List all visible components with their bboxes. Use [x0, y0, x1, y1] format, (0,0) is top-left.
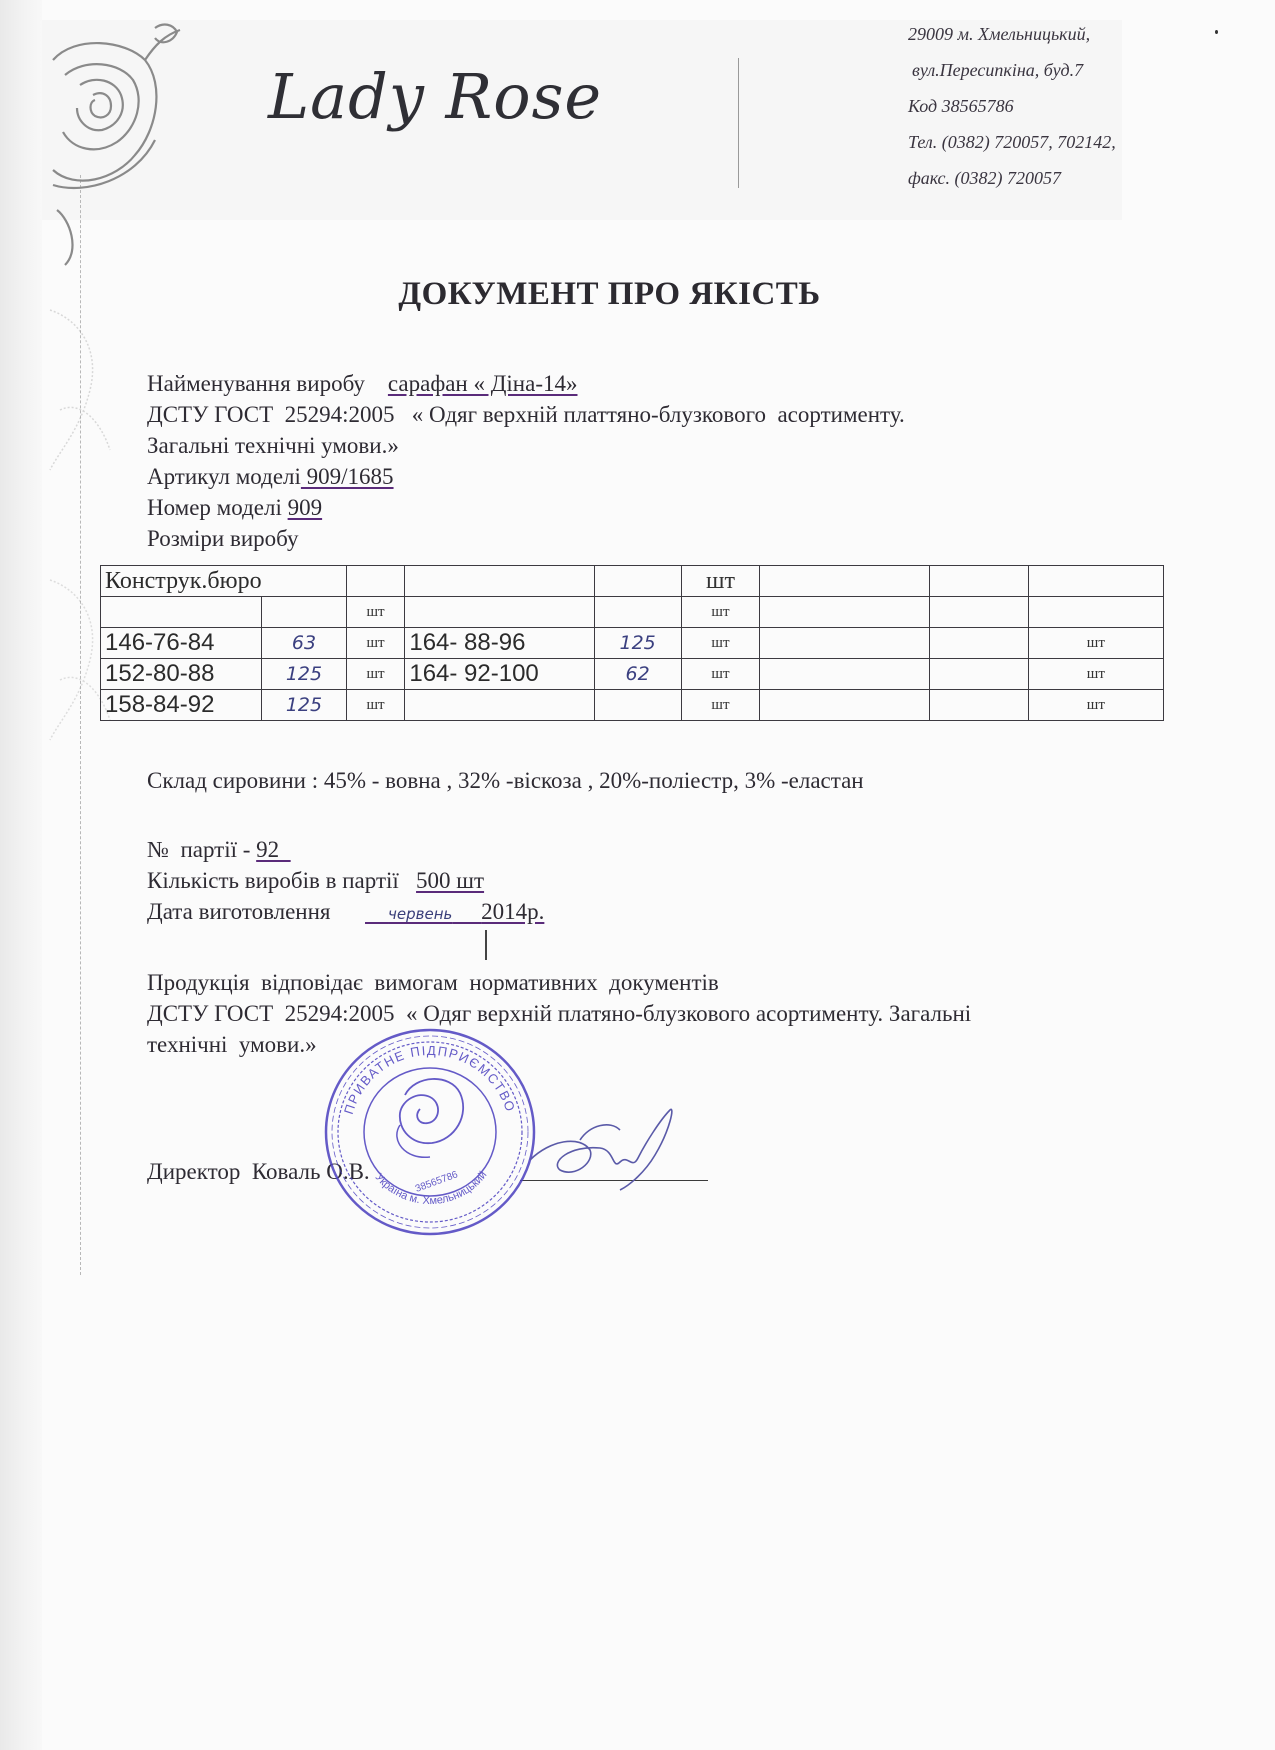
model-value: 909 [288, 495, 323, 520]
header-cell-design-bureau: Конструк.бюро [101, 566, 347, 597]
size-cell [405, 690, 594, 721]
unit-cell: шт [681, 597, 760, 628]
size-cell: 158-84-92 [101, 690, 262, 721]
composition-line: Склад сировини : 45% - вовна , 32% -віск… [147, 765, 864, 796]
quantity-cell: 125 [594, 628, 681, 659]
rose-watermark-icon [40, 290, 140, 490]
company-code: Код 38565786 [908, 88, 1116, 124]
batch-count-line: Кількість виробів в партії 500 шт [147, 865, 484, 896]
batch-number-line: № партії - 92 [147, 834, 291, 865]
address-line-1: 29009 м. Хмельницький, [908, 16, 1116, 52]
document-title: ДОКУМЕНТ ПРО ЯКІСТЬ [0, 276, 1275, 313]
manufacture-date-line: Дата виготовлення червень 2014р. [147, 896, 544, 930]
quantity-cell: 125 [262, 690, 347, 721]
fax-number: факс. (0382) 720057 [908, 160, 1116, 196]
standard-line-1: ДСТУ ГОСТ 25294:2005 « Одяг верхній плат… [147, 399, 905, 430]
unit-cell: шт [681, 690, 760, 721]
table-row: шт шт [101, 597, 1164, 628]
size-cell: 146-76-84 [101, 628, 262, 659]
letterhead-divider [738, 58, 739, 188]
conformity-line-3: технічні умови.» [147, 1029, 317, 1060]
quantity-cell: 63 [262, 628, 347, 659]
unit-cell: шт [681, 659, 760, 690]
unit-cell: шт [346, 659, 405, 690]
conformity-line-2: ДСТУ ГОСТ 25294:2005 « Одяг верхній плат… [147, 998, 971, 1029]
handwritten-month: червень [388, 905, 452, 923]
unit-cell: шт [346, 597, 405, 628]
handwritten-signature-icon [520, 1100, 680, 1200]
product-name-line: Найменування виробу сарафан « Діна-14» [147, 368, 578, 399]
phone-numbers: Тел. (0382) 720057, 702142, [908, 124, 1116, 160]
unit-cell: шт [1028, 690, 1163, 721]
standard-line-2: Загальні технічні умови.» [147, 430, 399, 461]
unit-cell: шт [346, 690, 405, 721]
contact-block: 29009 м. Хмельницький, вул.Пересипкіна, … [908, 16, 1116, 196]
quantity-cell [594, 690, 681, 721]
size-cell: 152-80-88 [101, 659, 262, 690]
quantity-cell: 125 [262, 659, 347, 690]
table-header-row: Конструк.бюро шт [101, 566, 1164, 597]
table-row: 146-76-84 63 шт 164- 88-96 125 шт шт [101, 628, 1164, 659]
manufacture-date-value: червень 2014р. [365, 899, 544, 924]
conformity-line-1: Продукція відповідає вимогам нормативних… [147, 967, 719, 998]
table-row: 158-84-92 125 шт шт шт [101, 690, 1164, 721]
article-line: Артикул моделі 909/1685 [147, 461, 394, 492]
sizes-label: Розміри виробу [147, 523, 298, 554]
model-line: Номер моделі 909 [147, 492, 322, 523]
address-line-2: вул.Пересипкіна, буд.7 [908, 52, 1116, 88]
table-row: 152-80-88 125 шт 164- 92-100 62 шт шт [101, 659, 1164, 690]
unit-cell: шт [681, 628, 760, 659]
unit-cell: шт [346, 628, 405, 659]
pen-mark [485, 930, 487, 960]
unit-cell: шт [681, 566, 760, 597]
article-value: 909/1685 [301, 464, 394, 489]
rose-ornament-icon [45, 20, 185, 270]
sizes-table: Конструк.бюро шт шт шт 146-76-84 63 шт 1… [100, 565, 1164, 721]
size-cell: 164- 92-100 [405, 659, 594, 690]
batch-count-value: 500 шт [416, 868, 484, 893]
brand-logo: Lady Rose [268, 60, 602, 133]
unit-cell: шт [1028, 628, 1163, 659]
unit-cell: шт [1028, 659, 1163, 690]
batch-number-value: 92 [256, 837, 291, 862]
scan-edge [0, 0, 42, 1750]
quantity-cell: 62 [594, 659, 681, 690]
product-name-value: сарафан « Діна-14» [388, 371, 578, 396]
company-stamp-icon: ПРИВАТНЕ ПІДПРИЄМСТВО Україна м. Хмельни… [320, 1025, 540, 1240]
size-cell: 164- 88-96 [405, 628, 594, 659]
scan-speck [1215, 30, 1218, 34]
